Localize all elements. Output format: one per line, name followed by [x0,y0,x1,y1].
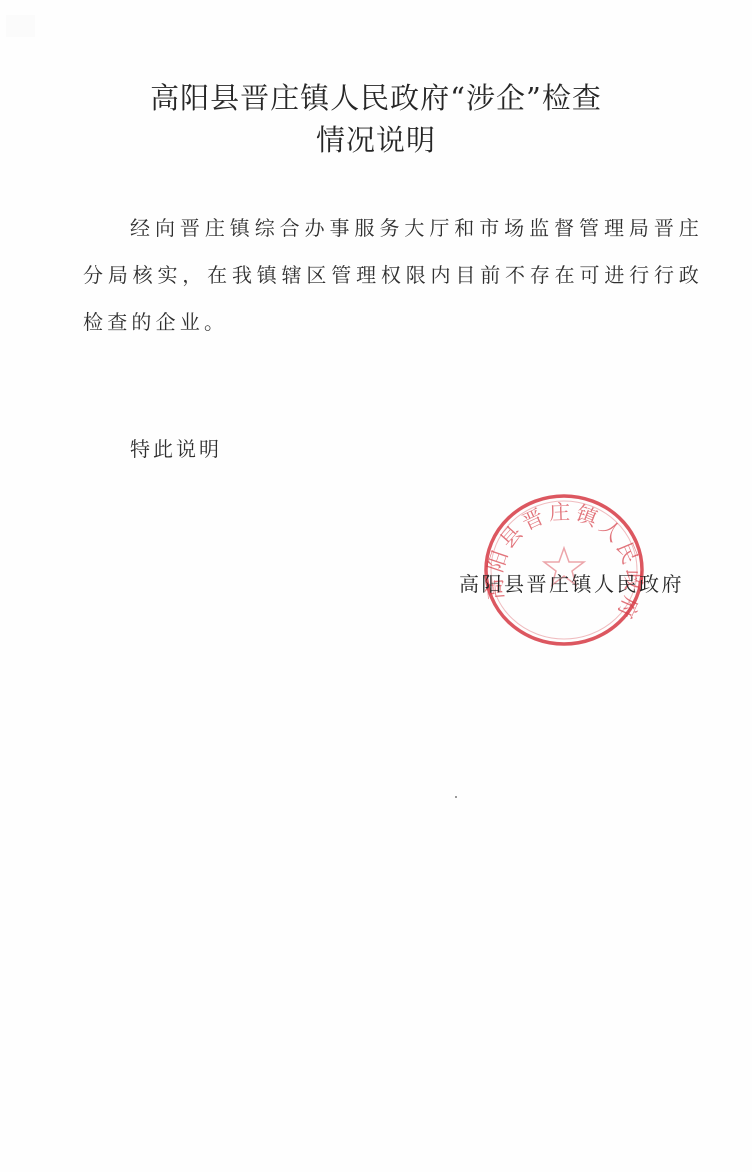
scan-speck [455,796,457,798]
closing-statement: 特此说明 [130,433,222,462]
body-paragraph: 经向晋庄镇综合办事服务大厅和市场监督管理局晋庄分局核实，在我镇辖区管理权限内目前… [83,205,703,346]
signature-organization: 高阳县晋庄镇人民政府 [459,568,684,597]
document-title-line-1: 高阳县晋庄镇人民政府“涉企”检查 [0,76,752,117]
scan-artifact [6,15,35,37]
document-title-line-2: 情况说明 [0,118,752,159]
document-page: 高阳县晋庄镇人民政府“涉企”检查 情况说明 经向晋庄镇综合办事服务大厅和市场监督… [0,0,752,1172]
